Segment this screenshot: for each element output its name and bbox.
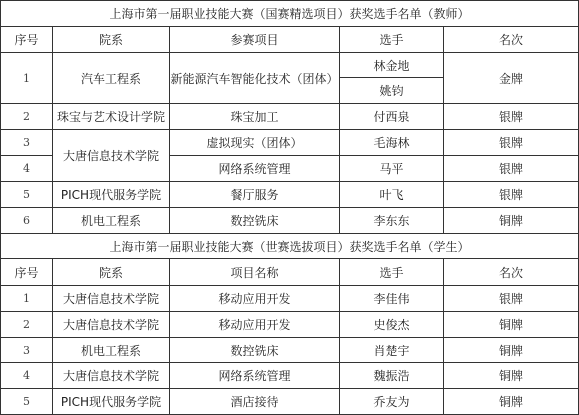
row-rank: 银牌	[444, 182, 579, 208]
row-rank: 银牌	[444, 156, 579, 182]
header-player: 选手	[340, 259, 444, 286]
row-project: 珠宝加工	[170, 104, 340, 130]
header-dept: 院系	[53, 259, 170, 286]
table-row: 5 PICH现代服务学院 餐厅服务 叶飞 银牌	[1, 182, 579, 208]
row-dept: 汽车工程系	[53, 53, 170, 104]
student-header-row: 序号 院系 项目名称 选手 名次	[1, 259, 579, 286]
header-player: 选手	[340, 27, 444, 53]
table-row: 1 汽车工程系 新能源汽车智能化技术（团体） 林金地 金牌	[1, 53, 579, 78]
header-rank: 名次	[444, 27, 579, 53]
row-no: 2	[1, 104, 53, 130]
row-no: 4	[1, 156, 53, 182]
table-row: 1 大唐信息技术学院 移动应用开发 李佳伟 银牌	[1, 286, 579, 312]
teacher-title-row: 上海市第一届职业技能大赛（国赛精选项目）获奖选手名单（教师）	[1, 1, 579, 27]
row-dept: PICH现代服务学院	[53, 182, 170, 208]
teacher-table-title: 上海市第一届职业技能大赛（国赛精选项目）获奖选手名单（教师）	[1, 1, 579, 27]
row-rank: 银牌	[444, 104, 579, 130]
row-rank: 银牌	[444, 286, 579, 312]
table-row: 2 珠宝与艺术设计学院 珠宝加工 付西泉 银牌	[1, 104, 579, 130]
row-player: 毛海林	[340, 130, 444, 156]
row-player: 姚钧	[340, 78, 444, 104]
row-project: 网络系统管理	[170, 156, 340, 182]
row-dept: 大唐信息技术学院	[53, 363, 170, 389]
row-rank: 铜牌	[444, 363, 579, 389]
row-project: 新能源汽车智能化技术（团体）	[170, 53, 340, 104]
header-project: 项目名称	[170, 259, 340, 286]
award-table: 上海市第一届职业技能大赛（国赛精选项目）获奖选手名单（教师） 序号 院系 参赛项…	[0, 0, 579, 415]
row-project: 数控铣床	[170, 208, 340, 234]
row-dept: 机电工程系	[53, 208, 170, 234]
row-project: 移动应用开发	[170, 312, 340, 338]
row-player: 叶飞	[340, 182, 444, 208]
row-rank: 银牌	[444, 130, 579, 156]
row-no: 2	[1, 312, 53, 338]
student-table-title: 上海市第一届职业技能大赛（世赛选拔项目）获奖选手名单（学生）	[1, 234, 579, 259]
header-no: 序号	[1, 259, 53, 286]
row-rank: 铜牌	[444, 389, 579, 415]
row-player: 马平	[340, 156, 444, 182]
row-project: 网络系统管理	[170, 363, 340, 389]
student-title-row: 上海市第一届职业技能大赛（世赛选拔项目）获奖选手名单（学生）	[1, 234, 579, 259]
row-dept: 珠宝与艺术设计学院	[53, 104, 170, 130]
row-player: 林金地	[340, 53, 444, 78]
row-player: 乔友为	[340, 389, 444, 415]
row-rank: 金牌	[444, 53, 579, 104]
header-rank: 名次	[444, 259, 579, 286]
row-player: 李东东	[340, 208, 444, 234]
row-no: 4	[1, 363, 53, 389]
row-dept: 大唐信息技术学院	[53, 130, 170, 182]
teacher-header-row: 序号 院系 参赛项目 选手 名次	[1, 27, 579, 53]
table-row: 4 大唐信息技术学院 网络系统管理 魏振浩 铜牌	[1, 363, 579, 389]
row-rank: 铜牌	[444, 338, 579, 363]
table-row: 6 机电工程系 数控铣床 李东东 铜牌	[1, 208, 579, 234]
row-no: 1	[1, 53, 53, 104]
row-dept: 大唐信息技术学院	[53, 312, 170, 338]
table-row: 5 PICH现代服务学院 酒店接待 乔友为 铜牌	[1, 389, 579, 415]
row-player: 肖楚宇	[340, 338, 444, 363]
table-row: 3 机电工程系 数控铣床 肖楚宇 铜牌	[1, 338, 579, 363]
row-no: 6	[1, 208, 53, 234]
row-project: 酒店接待	[170, 389, 340, 415]
header-project: 参赛项目	[170, 27, 340, 53]
row-project: 虚拟现实（团体）	[170, 130, 340, 156]
row-no: 1	[1, 286, 53, 312]
table-row: 3 大唐信息技术学院 虚拟现实（团体） 毛海林 银牌	[1, 130, 579, 156]
row-no: 5	[1, 389, 53, 415]
row-no: 5	[1, 182, 53, 208]
row-dept: 机电工程系	[53, 338, 170, 363]
row-rank: 铜牌	[444, 312, 579, 338]
row-player: 李佳伟	[340, 286, 444, 312]
row-player: 付西泉	[340, 104, 444, 130]
table-row: 2 大唐信息技术学院 移动应用开发 史俊杰 铜牌	[1, 312, 579, 338]
row-no: 3	[1, 130, 53, 156]
row-project: 移动应用开发	[170, 286, 340, 312]
header-no: 序号	[1, 27, 53, 53]
row-no: 3	[1, 338, 53, 363]
row-dept: 大唐信息技术学院	[53, 286, 170, 312]
row-rank: 铜牌	[444, 208, 579, 234]
header-dept: 院系	[53, 27, 170, 53]
row-project: 餐厅服务	[170, 182, 340, 208]
row-player: 史俊杰	[340, 312, 444, 338]
row-dept: PICH现代服务学院	[53, 389, 170, 415]
row-project: 数控铣床	[170, 338, 340, 363]
row-player: 魏振浩	[340, 363, 444, 389]
